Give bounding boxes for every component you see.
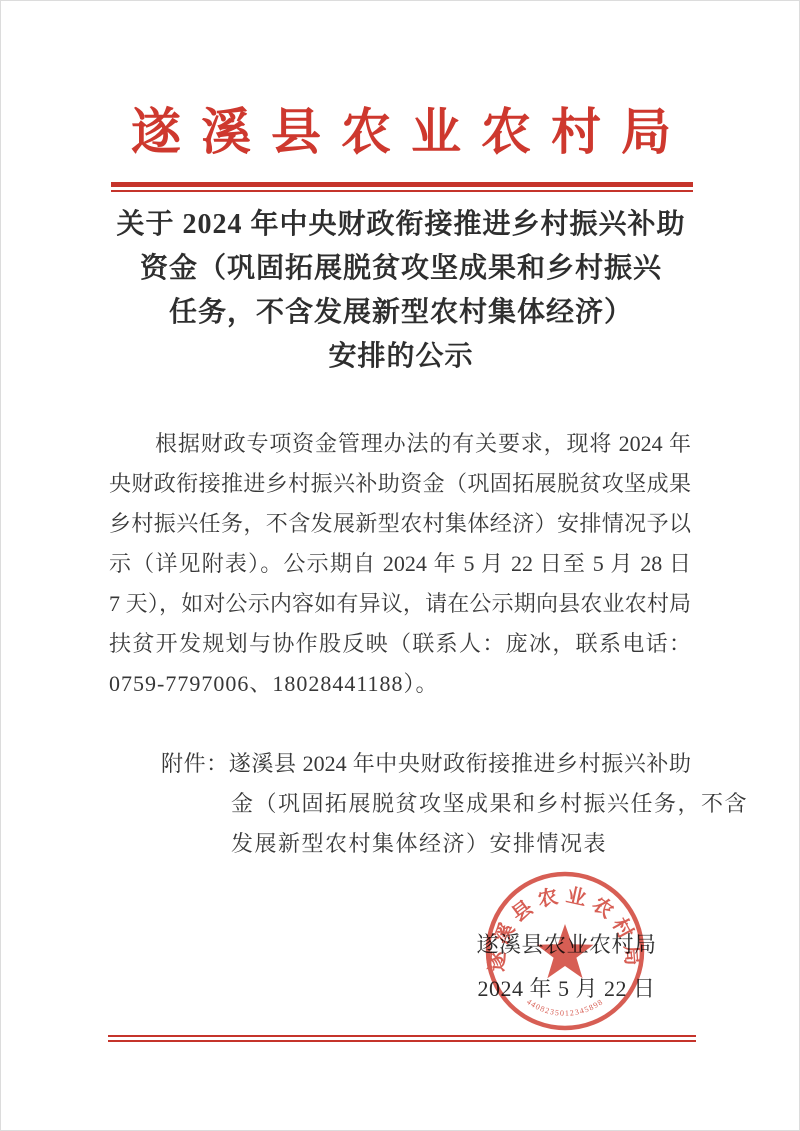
document-title: 关于 2024 年中央财政衔接推进乡村振兴补助 资金（巩固拓展脱贫攻坚成果和乡村… <box>61 203 741 379</box>
body-line: 央财政衔接推进乡村振兴补助资金（巩固拓展脱贫攻坚成果和 <box>109 464 691 504</box>
body-paragraph: 根据财政专项资金管理办法的有关要求，现将 2024 年中 央财政衔接推进乡村振兴… <box>109 424 691 704</box>
body-line: 示（详见附表）。公示期自 2024 年 5 月 22 日至 5 月 28 日（共 <box>109 544 691 584</box>
letterhead-divider-thin-line <box>111 190 693 192</box>
attachment-note: 附件：遂溪县 2024 年中央财政衔接推进乡村振兴补助资 金（巩固拓展脱贫攻坚成… <box>109 744 691 864</box>
body-line: 7 天），如对公示内容如有异议，请在公示期向县农业农村局 <box>109 584 691 624</box>
letterhead-divider <box>111 182 693 192</box>
document-title-line-1: 关于 2024 年中央财政衔接推进乡村振兴补助 <box>61 203 741 247</box>
body-line: 乡村振兴任务，不含发展新型农村集体经济）安排情况予以公 <box>109 504 691 544</box>
body-line: 扶贫开发规划与协作股反映（联系人：庞冰，联系电话： <box>109 624 691 664</box>
footer-divider-bottom-line <box>108 1040 696 1042</box>
attachment-line: 金（巩固拓展脱贫攻坚成果和乡村振兴任务，不含 <box>109 784 691 824</box>
document-title-line-4: 安排的公示 <box>61 335 741 379</box>
letterhead-org-name: 遂溪县农业农村局 <box>1 99 800 165</box>
signature-date: 2024 年 5 月 22 日 <box>459 967 674 1011</box>
document-page: 遂溪县农业农村局 关于 2024 年中央财政衔接推进乡村振兴补助 资金（巩固拓展… <box>0 0 800 1131</box>
signature-org-name: 遂溪县农业农村局 <box>459 923 674 967</box>
footer-divider <box>108 1035 696 1042</box>
body-line: 根据财政专项资金管理办法的有关要求，现将 2024 年中 <box>109 424 691 464</box>
document-title-line-3: 任务，不含发展新型农村集体经济） <box>61 291 741 335</box>
signature-block: 遂溪县农业农村局 2024 年 5 月 22 日 <box>459 923 674 1011</box>
body-line: 0759-7797006、18028441188）。 <box>109 664 691 704</box>
attachment-line: 附件：遂溪县 2024 年中央财政衔接推进乡村振兴补助资 <box>109 744 691 784</box>
document-title-line-2: 资金（巩固拓展脱贫攻坚成果和乡村振兴 <box>61 247 741 291</box>
attachment-line: 发展新型农村集体经济）安排情况表 <box>109 824 691 864</box>
